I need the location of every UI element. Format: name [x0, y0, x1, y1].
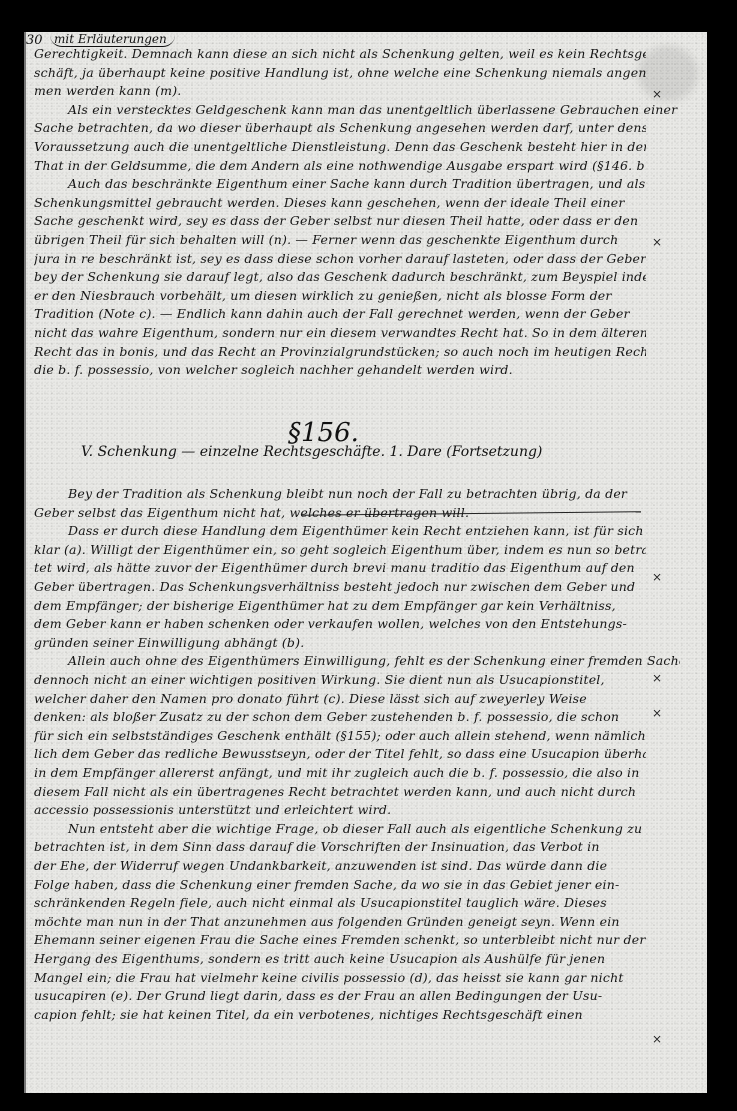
manuscript-line: nicht das wahre Eigenthum, sondern nur e… [34, 325, 646, 341]
manuscript-line: usucapiren (e). Der Grund liegt darin, d… [34, 988, 646, 1004]
manuscript-line: klar (a). Willigt der Eigenthümer ein, s… [34, 542, 646, 558]
manuscript-line: er den Niesbrauch vorbehält, um diesen w… [34, 288, 646, 304]
section-title: V. Schenkung — einzelne Rechtsgeschäfte.… [81, 444, 542, 460]
manuscript-line: jura in re beschränkt ist, sey es dass d… [34, 251, 646, 267]
manuscript-line: That in der Geldsumme, die dem Andern al… [34, 158, 646, 174]
manuscript-line: Sache geschenkt wird, sey es dass der Ge… [34, 213, 646, 229]
manuscript-line: Geber selbst das Eigenthum nicht hat, we… [34, 505, 646, 521]
manuscript-line: Bey der Tradition als Schenkung bleibt n… [34, 486, 680, 502]
manuscript-line: diesem Fall nicht als ein übertragenes R… [34, 784, 646, 800]
margin-x-mark: × [652, 235, 662, 249]
manuscript-line: bey der Schenkung sie darauf legt, also … [34, 269, 646, 285]
manuscript-line: Geber übertragen. Das Schenkungsverhältn… [34, 579, 646, 595]
manuscript-line: tet wird, als hätte zuvor der Eigenthüme… [34, 560, 646, 576]
manuscript-line: Als ein verstecktes Geldgeschenk kann ma… [34, 102, 680, 118]
manuscript-line: der Ehe, der Widerruf wegen Undankbarkei… [34, 858, 646, 874]
manuscript-line: Auch das beschränkte Eigenthum einer Sac… [34, 176, 680, 192]
manuscript-line: Voraussetzung auch die unentgeltliche Di… [34, 139, 646, 155]
manuscript-line: dennoch nicht an einer wichtigen positiv… [34, 672, 646, 688]
margin-x-mark: × [652, 570, 662, 584]
manuscript-page: 30 mit Erläuterungen Gerechtigkeit. Demn… [24, 32, 707, 1093]
manuscript-line: Dass er durch diese Handlung dem Eigenth… [34, 523, 680, 539]
manuscript-line: möchte man nun in der That anzunehmen au… [34, 914, 646, 930]
manuscript-line: Nun entsteht aber die wichtige Frage, ob… [34, 821, 680, 837]
margin-x-mark: × [652, 706, 662, 720]
manuscript-line: Folge haben, dass die Schenkung einer fr… [34, 877, 646, 893]
paper-stain [638, 46, 698, 101]
manuscript-line: Schenkungsmittel gebraucht werden. Diese… [34, 195, 646, 211]
manuscript-line: betrachten ist, in dem Sinn dass darauf … [34, 839, 646, 855]
manuscript-line: dem Geber kann er haben schenken oder ve… [34, 616, 646, 632]
manuscript-line: Mangel ein; die Frau hat vielmehr keine … [34, 970, 646, 986]
manuscript-line: für sich ein selbstständiges Geschenk en… [34, 728, 646, 744]
manuscript-line: men werden kann (m). [34, 83, 646, 99]
manuscript-line: die b. f. possessio, von welcher sogleic… [34, 362, 646, 378]
margin-x-mark: × [652, 671, 662, 685]
manuscript-line: Allein auch ohne des Eigenthümers Einwil… [34, 653, 680, 669]
manuscript-line: übrigen Theil für sich behalten will (n)… [34, 232, 646, 248]
manuscript-line: Tradition (Note c). — Endlich kann dahin… [34, 306, 646, 322]
header-note: mit Erläuterungen [50, 32, 175, 47]
manuscript-line: Ehemann seiner eigenen Frau die Sache ei… [34, 932, 646, 948]
manuscript-line: Gerechtigkeit. Demnach kann diese an sic… [34, 46, 646, 62]
manuscript-line: denken: als bloßer Zusatz zu der schon d… [34, 709, 646, 725]
manuscript-line: in dem Empfänger allererst anfängt, und … [34, 765, 646, 781]
margin-x-mark: × [652, 1032, 662, 1046]
manuscript-line: Sache betrachten, da wo dieser überhaupt… [34, 120, 646, 136]
manuscript-line: Recht das in bonis, und das Recht an Pro… [34, 344, 646, 360]
manuscript-line: gründen seiner Einwilligung abhängt (b). [34, 635, 646, 651]
manuscript-line: lich dem Geber das redliche Bewusstseyn,… [34, 746, 646, 762]
margin-x-mark: × [652, 87, 662, 101]
manuscript-line: schäft, ja überhaupt keine positive Hand… [34, 65, 646, 81]
manuscript-line: welcher daher den Namen pro donato führt… [34, 691, 646, 707]
manuscript-line: Hergang des Eigenthums, sondern es tritt… [34, 951, 646, 967]
manuscript-line: schränkenden Regeln fiele, auch nicht ei… [34, 895, 646, 911]
manuscript-line: accessio possessionis unterstützt und er… [34, 802, 646, 818]
manuscript-line: capion fehlt; sie hat keinen Titel, da e… [34, 1007, 646, 1023]
manuscript-line: dem Empfänger; der bisherige Eigenthümer… [34, 598, 646, 614]
